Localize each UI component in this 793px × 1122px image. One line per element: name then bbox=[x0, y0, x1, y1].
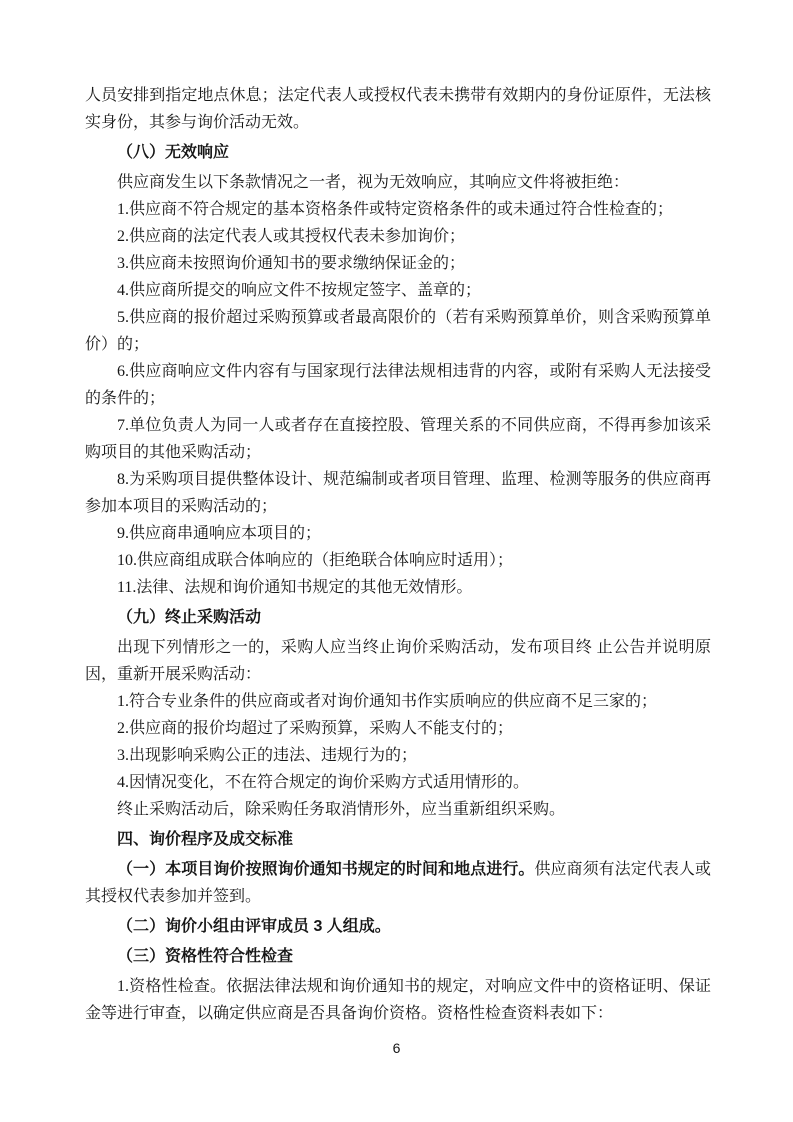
para-terminate-intro: 出现下列情形之一的，采购人应当终止询价采购活动，发布项目终 止公告并说明原因，重… bbox=[85, 634, 711, 688]
invalid-item-7: 7.单位负责人为同一人或者存在直接控股、管理关系的不同供应商，不得再参加该采购项… bbox=[85, 412, 711, 466]
body-text: 2.供应商的报价均超过了采购预算，采购人不能支付的； bbox=[117, 720, 513, 737]
para-terminate-close: 终止采购活动后，除采购任务取消情形外，应当重新组织采购。 bbox=[85, 796, 711, 823]
document-body: 人员安排到指定地点休息；法定代表人或授权代表未携带有效期内的身份证原件，无法核实… bbox=[85, 82, 711, 1027]
para-carryover: 人员安排到指定地点休息；法定代表人或授权代表未携带有效期内的身份证原件，无法核实… bbox=[85, 82, 711, 136]
invalid-item-5: 5.供应商的报价超过采购预算或者最高限价的（若有采购预算单价，则含采购预算单价）… bbox=[85, 304, 711, 358]
body-text: 6.供应商响应文件内容有与国家现行法律法规相违背的内容，或附有采购人无法接受的条… bbox=[85, 363, 711, 407]
invalid-item-1: 1.供应商不符合规定的基本资格条件或特定资格条件的或未通过符合性检查的； bbox=[85, 196, 711, 223]
body-text: 出现下列情形之一的，采购人应当终止询价采购活动，发布项目终 止公告并说明原因，重… bbox=[85, 639, 711, 683]
invalid-item-10: 10.供应商组成联合体响应的（拒绝联合体响应时适用）； bbox=[85, 547, 711, 574]
body-text: 供应商发生以下条款情况之一者，视为无效响应，其响应文件将被拒绝： bbox=[117, 174, 629, 191]
body-text: 2.供应商的法定代表人或其授权代表未参加询价； bbox=[117, 228, 465, 245]
terminate-item-3: 3.出现影响采购公正的违法、违规行为的； bbox=[85, 742, 711, 769]
invalid-item-9: 9.供应商串通响应本项目的； bbox=[85, 520, 711, 547]
document-page: 人员安排到指定地点休息；法定代表人或授权代表未携带有效期内的身份证原件，无法核实… bbox=[0, 0, 793, 1122]
para-invalid-response-intro: 供应商发生以下条款情况之一者，视为无效响应，其响应文件将被拒绝： bbox=[85, 169, 711, 196]
body-text: 3.出现影响采购公正的违法、违规行为的； bbox=[117, 747, 417, 764]
heading-text: 四、询价程序及成交标准 bbox=[117, 831, 293, 848]
terminate-item-1: 1.符合专业条件的供应商或者对询价通知书作实质响应的供应商不足三家的； bbox=[85, 688, 711, 715]
invalid-item-3: 3.供应商未按照询价通知书的要求缴纳保证金的； bbox=[85, 250, 711, 277]
terminate-item-2: 2.供应商的报价均超过了采购预算，采购人不能支付的； bbox=[85, 715, 711, 742]
body-text: 4.因情况变化，不在符合规定的询价采购方式适用情形的。 bbox=[117, 774, 529, 791]
body-text: 8.为采购项目提供整体设计、规范编制或者项目管理、监理、检测等服务的供应商再参加… bbox=[85, 471, 711, 515]
body-text: 1.供应商不符合规定的基本资格条件或特定资格条件的或未通过符合性检查的； bbox=[117, 201, 673, 218]
heading-text: （二）询价小组由评审成员 3 人组成。 bbox=[117, 918, 391, 935]
body-text: 9.供应商串通响应本项目的； bbox=[117, 525, 321, 542]
heading-8-invalid-response: （八）无效响应 bbox=[85, 139, 711, 166]
heading-text: （八）无效响应 bbox=[117, 144, 229, 161]
body-text: 10.供应商组成联合体响应的（拒绝联合体响应时适用）； bbox=[117, 552, 513, 569]
para-qualification-detail: 1.资格性检查。依据法律法规和询价通知书的规定，对响应文件中的资格证明、保证金等… bbox=[85, 973, 711, 1027]
body-text: 1.资格性检查。依据法律法规和询价通知书的规定，对响应文件中的资格证明、保证金等… bbox=[85, 978, 711, 1022]
invalid-item-2: 2.供应商的法定代表人或其授权代表未参加询价； bbox=[85, 223, 711, 250]
body-text: 5.供应商的报价超过采购预算或者最高限价的（若有采购预算单价，则含采购预算单价）… bbox=[85, 309, 711, 353]
terminate-item-4: 4.因情况变化，不在符合规定的询价采购方式适用情形的。 bbox=[85, 769, 711, 796]
heading-text: （九）终止采购活动 bbox=[117, 609, 261, 626]
procedure-item-2: （二）询价小组由评审成员 3 人组成。 bbox=[85, 913, 711, 940]
heading-4-inquiry-procedure: 四、询价程序及成交标准 bbox=[85, 826, 711, 853]
body-text: 7.单位负责人为同一人或者存在直接控股、管理关系的不同供应商，不得再参加该采购项… bbox=[85, 417, 711, 461]
page-number: 6 bbox=[393, 1040, 401, 1056]
invalid-item-4: 4.供应商所提交的响应文件不按规定签字、盖章的； bbox=[85, 277, 711, 304]
invalid-item-6: 6.供应商响应文件内容有与国家现行法律法规相违背的内容，或附有采购人无法接受的条… bbox=[85, 358, 711, 412]
invalid-item-8: 8.为采购项目提供整体设计、规范编制或者项目管理、监理、检测等服务的供应商再参加… bbox=[85, 466, 711, 520]
procedure-item-1: （一）本项目询价按照询价通知书规定的时间和地点进行。供应商须有法定代表人或其授权… bbox=[85, 856, 711, 910]
body-text: 3.供应商未按照询价通知书的要求缴纳保证金的； bbox=[117, 255, 465, 272]
body-text: 终止采购活动后，除采购任务取消情形外，应当重新组织采购。 bbox=[117, 801, 565, 818]
body-text: 11.法律、法规和询价通知书规定的其他无效情形。 bbox=[117, 579, 472, 596]
heading-text: （三）资格性符合性检查 bbox=[117, 948, 293, 965]
body-text: 1.符合专业条件的供应商或者对询价通知书作实质响应的供应商不足三家的； bbox=[117, 693, 657, 710]
page-footer: 6 bbox=[0, 1040, 793, 1056]
heading-9-terminate-procurement: （九）终止采购活动 bbox=[85, 604, 711, 631]
invalid-item-11: 11.法律、法规和询价通知书规定的其他无效情形。 bbox=[85, 574, 711, 601]
body-text: 4.供应商所提交的响应文件不按规定签字、盖章的； bbox=[117, 282, 481, 299]
heading-text: （一）本项目询价按照询价通知书规定的时间和地点进行。 bbox=[117, 861, 534, 878]
body-text: 人员安排到指定地点休息；法定代表人或授权代表未携带有效期内的身份证原件，无法核实… bbox=[85, 87, 711, 131]
heading-3-qualification-check: （三）资格性符合性检查 bbox=[85, 943, 711, 970]
